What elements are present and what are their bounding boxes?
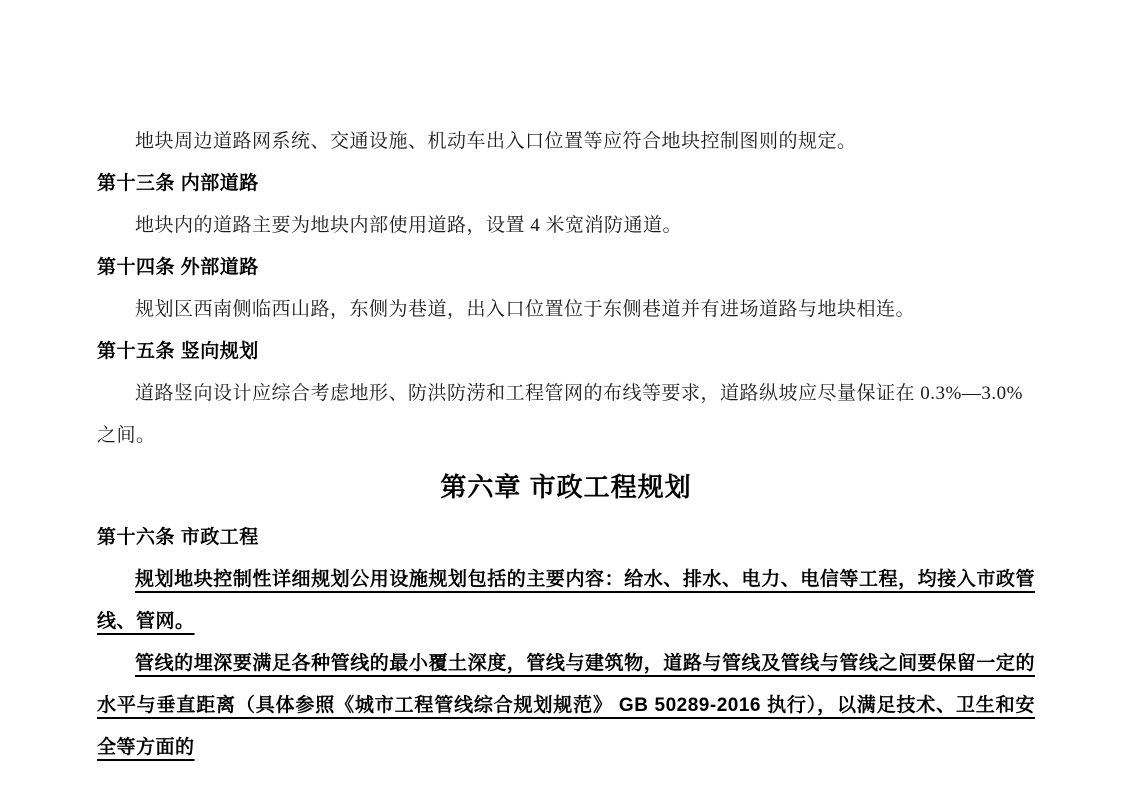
underlined-paragraph-municipal-utilities: 规划地块控制性详细规划公用设施规划包括的主要内容：给水、排水、电力、电信等工程，…: [97, 559, 1035, 643]
page-number: 4: [558, 698, 565, 713]
section-heading-article-13: 第十三条 内部道路: [97, 163, 1035, 205]
body-paragraph-road-network: 地块周边道路网系统、交通设施、机动车出入口位置等应符合地块控制图则的规定。: [97, 121, 1035, 163]
section-heading-article-16: 第十六条 市政工程: [97, 517, 1035, 559]
chapter-heading-chapter-6: 第六章 市政工程规划: [97, 457, 1035, 517]
body-paragraph-vertical-design: 道路竖向设计应综合考虑地形、防洪防涝和工程管网的布线等要求，道路纵坡应尽量保证在…: [97, 373, 1035, 457]
section-heading-article-15: 第十五条 竖向规划: [97, 331, 1035, 373]
document-page: 地块周边道路网系统、交通设施、机动车出入口位置等应符合地块控制图则的规定。 第十…: [0, 0, 1122, 793]
body-paragraph-external-roads: 规划区西南侧临西山路，东侧为巷道，出入口位置位于东侧巷道并有进场道路与地块相连。: [97, 289, 1035, 331]
document-content: 地块周边道路网系统、交通设施、机动车出入口位置等应符合地块控制图则的规定。 第十…: [97, 121, 1035, 769]
page-footer: 4: [0, 696, 1122, 714]
section-heading-article-14: 第十四条 外部道路: [97, 247, 1035, 289]
body-paragraph-internal-roads: 地块内的道路主要为地块内部使用道路，设置 4 米宽消防通道。: [97, 205, 1035, 247]
